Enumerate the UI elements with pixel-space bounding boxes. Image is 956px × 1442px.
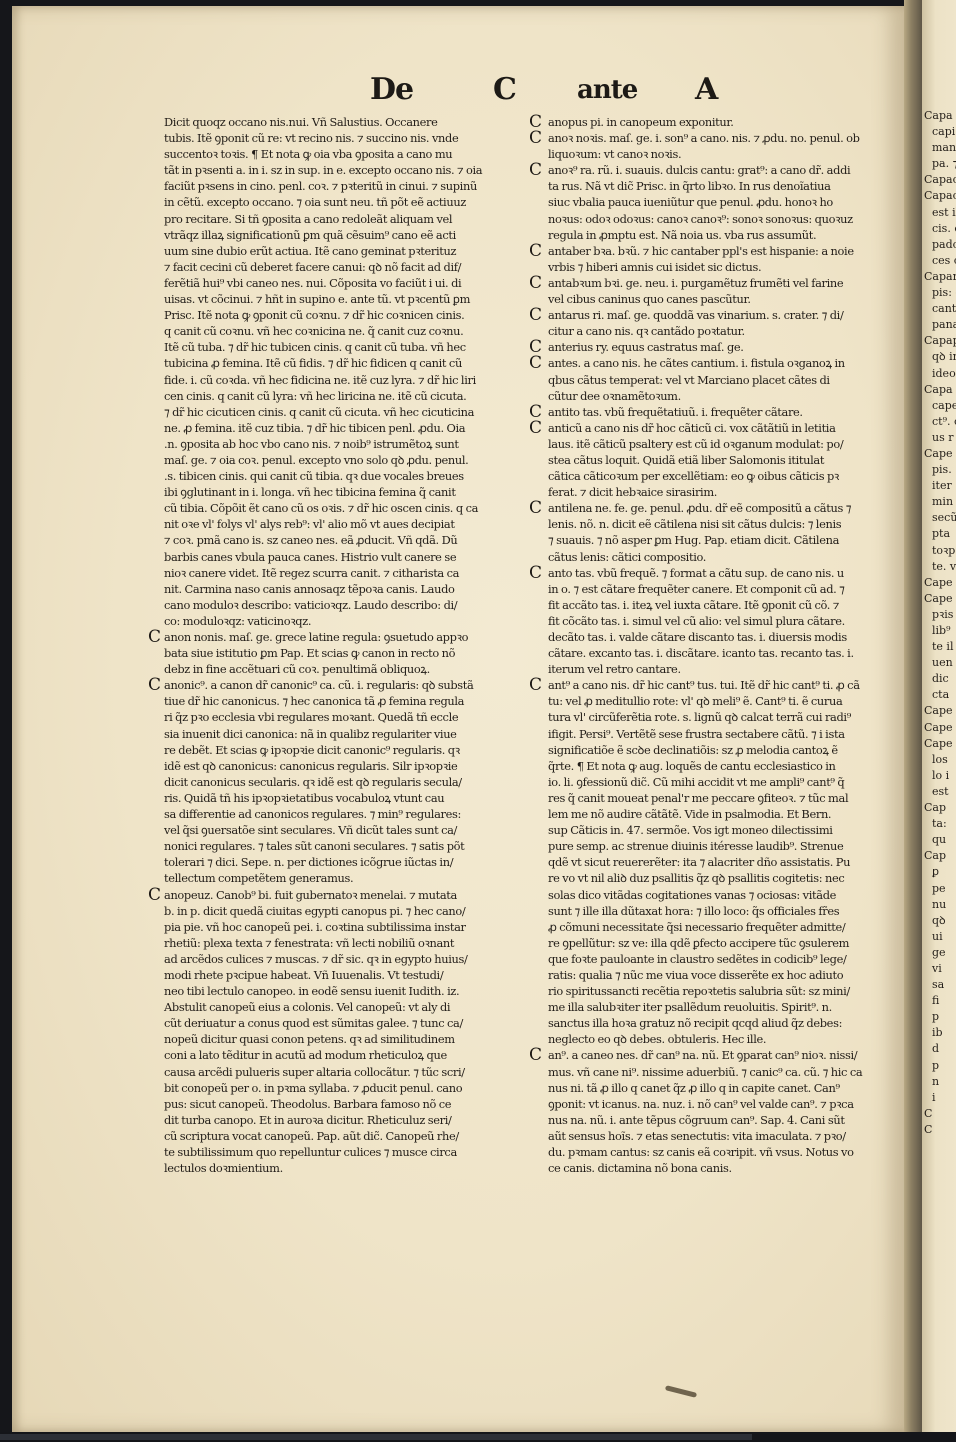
adjacent-page-line: Cape (924, 720, 956, 736)
entry-headword-line: Cantes. a cano nis. he cãtes cantium. i.… (530, 355, 902, 371)
text-line: tellectum competẽtem generamus. (146, 870, 526, 886)
text-line: fit accãto tas. i. iteꝝ vel iuxta cãtare… (530, 597, 902, 613)
text-line: aũt sensus hoĩs. ⁊ etas senectutis: vita… (530, 1128, 902, 1144)
adjacent-page-line: pis: c (924, 285, 956, 301)
adjacent-page-line: ꝑ (924, 864, 956, 880)
adjacent-page-line: us r (924, 430, 956, 446)
text-line: coni a lato tẽditur in acutũ ad modum rh… (146, 1047, 526, 1063)
adjacent-page-line: uen (924, 655, 956, 671)
adjacent-page-line: pta (924, 526, 956, 542)
text-line: ratis: qualia ⁊ nũc me viua voce disserẽ… (530, 967, 902, 983)
adjacent-page-line: C (924, 1106, 956, 1122)
entry-text: anopus pi. in canopeum exponitur. (548, 115, 733, 129)
adjacent-page-line: capi (924, 124, 956, 140)
entry-initial: C (148, 887, 161, 903)
entry-text: antaber bꝛa. bꝛũ. ⁊ hic cantaber ppl's e… (548, 244, 854, 258)
text-line: cũtur dee oꝛnamẽtoꝛum. (530, 388, 902, 404)
text-line: q canit cũ coꝛnu. vñ hec coꝛnicina ne. q… (146, 323, 526, 339)
text-line: re debẽt. Et scias ꝙ ipꝛopꝛie dicit cano… (146, 742, 526, 758)
adjacent-page-line: lib⁹ (924, 623, 956, 639)
adjacent-page-line: Capa (924, 382, 956, 398)
text-line: tu: vel ꝓ meditullio rote: vl' qꝺ meli⁹ … (530, 693, 902, 709)
text-line: sa differentie ad canonicos regulares. ⁊… (146, 806, 526, 822)
entry-initial: C (530, 500, 542, 516)
adjacent-page-line: Capar (924, 269, 956, 285)
text-line: bit conopeũ per o. in pꝛma syllaba. ⁊ ꝓd… (146, 1080, 526, 1096)
adjacent-page-line: man (924, 140, 956, 156)
text-line: in o. ⁊ est cãtare frequẽter canere. Et … (530, 581, 902, 597)
text-line: modi rhete pꝛcipue habeat. Vñ Iuuenalis.… (146, 967, 526, 983)
adjacent-page-line: Cape (924, 736, 956, 752)
adjacent-page-line: vi (924, 961, 956, 977)
entry-initial: C (530, 339, 542, 355)
entry-headword-line: Canonic⁹. a canon dr̃ canonic⁹ ca. cũ. i… (146, 677, 526, 693)
entry-headword-line: Cantarus ri. maſ. ge. quoddã vas vinariu… (530, 307, 902, 323)
text-line: dicit canonicus secularis. qꝛ idẽ est qꝺ… (146, 774, 526, 790)
text-line: ⁊ coꝛ. pmã cano is. sz caneo nes. eã ꝓdu… (146, 532, 526, 548)
text-line: citur a cano nis. qꝛ cantãdo poꝛtatur. (530, 323, 902, 339)
text-line: b. in p. dicit quedã ciuitas egypti cano… (146, 903, 526, 919)
right-text-column: Canopus pi. in canopeum exponitur.Canoꝛ … (530, 114, 902, 1176)
entry-initial: C (530, 307, 542, 323)
text-line: lem me nõ audire cãtãtẽ. Vide in psalmod… (530, 806, 902, 822)
adjacent-page-line: Cap (924, 800, 956, 816)
adjacent-page-line: cape (924, 398, 956, 414)
text-line: neglecto eo qꝺ debes. obtuleris. Hec ill… (530, 1031, 902, 1047)
entry-initial: C (530, 162, 542, 178)
adjacent-page-line: ta: (924, 816, 956, 832)
entry-text: anticũ a cano nis dr̃ hoc cãticũ ci. vox… (548, 421, 836, 435)
adjacent-page-line: ib (924, 1025, 956, 1041)
text-line: ferat. ⁊ dicit hebꝛaice sirasirim. (530, 484, 902, 500)
entry-initial: C (148, 629, 161, 645)
text-line: stea cãtus loquit. Quidã etiã liber Salo… (530, 452, 902, 468)
running-head-word-2: ante (577, 72, 637, 108)
adjacent-page-line: n (924, 1074, 956, 1090)
adjacent-page-line: i (924, 1090, 956, 1106)
adjacent-page-line: secũ (924, 510, 956, 526)
adjacent-page-text: Capa pcapimanpa. ⁊CapacCapacest ilcis. c… (924, 108, 956, 1138)
text-line: siuc vbalia pauca iueniũtur que penul. ꝓ… (530, 194, 902, 210)
entry-headword-line: Cantaber bꝛa. bꝛũ. ⁊ hic cantaber ppl's … (530, 243, 902, 259)
text-line: tura vl' circũferẽtia rote. s. lignũ qꝺ … (530, 709, 902, 725)
entry-initial: C (530, 130, 542, 146)
text-line: tubicina ꝓ femina. Itẽ cũ fidis. ⁊ dr̃ h… (146, 355, 526, 371)
text-line: Prisc. Itẽ nota ꝙ ꝯponit cũ coꝛnu. ⁊ dr̃… (146, 307, 526, 323)
entry-headword-line: Cantilena ne. fe. ge. penul. ꝓdu. dr̃ eẽ… (530, 500, 902, 516)
adjacent-page-line: Cape (924, 446, 956, 462)
adjacent-page-line: te. v (924, 559, 956, 575)
text-line: pus: sicut canopeũ. Theodolus. Barbara f… (146, 1096, 526, 1112)
entry-text: an⁹. a caneo nes. dr̃ can⁹ na. nũ. Et ꝯp… (548, 1048, 857, 1062)
running-head-letter: C (493, 72, 516, 108)
text-line: co: moduloꝛqz: vaticinoꝛqz. (146, 613, 526, 629)
text-line: ta rus. Nã vt dic̃ Prisc. in q̃rto libꝛo… (530, 178, 902, 194)
adjacent-page-line: Capap (924, 333, 956, 349)
text-line: Abstulit canopeũ eius a colonis. Vel can… (146, 999, 526, 1015)
entry-headword-line: Canoꝛ⁹ ra. rũ. i. suauis. dulcis cantu: … (530, 162, 902, 178)
text-line: nioꝛ canere videt. Itẽ regez scurra cani… (146, 565, 526, 581)
text-line: maſ. ge. ⁊ oia coꝛ. penul. excepto vno s… (146, 452, 526, 468)
text-line: decãto tas. i. valde cãtare discanto tas… (530, 629, 902, 645)
entry-text: anoꝛ noꝛis. maſ. ge. i. son⁹ a cano. nis… (548, 131, 860, 145)
adjacent-page-line: qu (924, 832, 956, 848)
text-line: tiue dr̃ hic canonicus. ⁊ hec canonica t… (146, 693, 526, 709)
adjacent-page-line: pa. ⁊ (924, 156, 956, 172)
adjacent-page-line: p (924, 1009, 956, 1025)
adjacent-page-line: pis. (924, 462, 956, 478)
entry-initial: C (148, 677, 161, 693)
entry-initial: C (530, 420, 542, 436)
text-line: sanctus illa hoꝛa gratuz nõ recipit qcqd… (530, 1015, 902, 1031)
text-line: barbis canes vbula pauca canes. Histrio … (146, 549, 526, 565)
text-line: ri q̃z pꝛo ecclesia vbi regulares moꝛant… (146, 709, 526, 725)
running-head-letter-2: A (695, 72, 717, 108)
text-line: solas dico vitãdas cogitationes vanas ⁊ … (530, 887, 902, 903)
text-line: vtrãqz illaꝝ significationũ ꝑm quã cẽsui… (146, 227, 526, 243)
adjacent-page-line: ge (924, 945, 956, 961)
adjacent-page-line: qꝺ in (924, 349, 956, 365)
text-line: rio spiritussancti recẽtia repoꝛtetis sa… (530, 983, 902, 999)
text-line: vrbis ⁊ hiberi amnis cui isidet sic dict… (530, 259, 902, 275)
text-line: lenis. nõ. n. dicit eẽ cãtilena nisi sit… (530, 516, 902, 532)
text-line: cen cinis. q canit cũ lyra: vñ hec liric… (146, 388, 526, 404)
adjacent-page-line: est (924, 784, 956, 800)
text-line: ꝯponit: vt icanus. na. nuz. i. nõ can⁹ v… (530, 1096, 902, 1112)
text-line: nit oꝛe vl' folys vl' alys reb⁹: vl' ali… (146, 516, 526, 532)
entry-text: anon nonis. maſ. ge. grece latine regula… (164, 630, 468, 644)
entry-text: anonic⁹. a canon dr̃ canonic⁹ ca. cũ. i.… (164, 678, 473, 692)
text-line: pia pie. vñ hoc canopeũ pei. i. coꝛtina … (146, 919, 526, 935)
text-line: re ꝯpellũtur: sz ve: illa qdẽ ꝑfecto acc… (530, 935, 902, 951)
adjacent-page-line: est il (924, 205, 956, 221)
adjacent-page-line: te il (924, 639, 956, 655)
text-line: succentoꝛ toꝛis. ¶ Et nota ꝙ oia vba ꝯpo… (146, 146, 526, 162)
adjacent-page-line: Cap (924, 848, 956, 864)
text-line: regula in ꝓmptu est. Nã noia us. vba rus… (530, 227, 902, 243)
adjacent-page-line: toꝛp (924, 543, 956, 559)
entry-initial: C (530, 243, 542, 259)
text-line: nonici regulares. ⁊ tales sũt canoni sec… (146, 838, 526, 854)
text-line: pure semp. ac strenue diuinis itéresse l… (530, 838, 902, 854)
text-line: dit turba canopo. Et in auroꝛa dicitur. … (146, 1112, 526, 1128)
entry-text: antilena ne. fe. ge. penul. ꝓdu. dr̃ eẽ … (548, 501, 851, 515)
text-line: qbus cãtus temperat: vel vt Marciano pla… (530, 372, 902, 388)
adjacent-page-line: cant (924, 301, 956, 317)
text-line: .n. ꝯposita ab hoc vbo cano nis. ⁊ noib⁹… (146, 436, 526, 452)
text-line: pro recitare. Si tñ ꝯposita a cano redol… (146, 211, 526, 227)
entry-text: antito tas. vbũ frequẽtatiuũ. i. frequẽt… (548, 405, 803, 419)
entry-text: anoꝛ⁹ ra. rũ. i. suauis. dulcis cantu: g… (548, 163, 850, 177)
text-line: ⁊ dr̃ hic cicuticen cinis. q canit cũ ci… (146, 404, 526, 420)
text-line: causa arcẽdi pulueris super altaria coll… (146, 1064, 526, 1080)
entry-text: antarus ri. maſ. ge. quoddã vas vinarium… (548, 308, 843, 322)
text-line: re vo vt nil aliꝺ duz psallitis q̃z qꝺ p… (530, 870, 902, 886)
entry-initial: C (530, 565, 542, 581)
binding-gutter (904, 0, 922, 1442)
text-line: lectulos doꝛmientium. (146, 1160, 526, 1176)
entry-text: ant⁹ a cano nis. dr̃ hic cant⁹ tus. tui.… (548, 678, 860, 692)
text-line: ⁊ suauis. ⁊ nõ asper ꝑm Hug. Pap. etiam … (530, 532, 902, 548)
adjacent-page-line: min (924, 494, 956, 510)
entry-headword-line: Cantabꝛum bꝛi. ge. neu. i. purgamẽtuz fr… (530, 275, 902, 291)
text-line: uum sine dubio erũt actiua. Itẽ cano gem… (146, 243, 526, 259)
scan-strip (0, 1434, 752, 1440)
text-line: nus na. nũ. i. ante tẽpus cõgruum can⁹. … (530, 1112, 902, 1128)
entry-headword-line: Canon nonis. maſ. ge. grece latine regul… (146, 629, 526, 645)
adjacent-page-line: ui (924, 929, 956, 945)
entry-initial: C (530, 355, 542, 371)
text-line: uisas. vt cõcinui. ⁊ hñt in supino e. an… (146, 291, 526, 307)
text-line: vel cibus caninus quo canes pascũtur. (530, 291, 902, 307)
text-line: noꝛus: odoꝛ odoꝛus: canoꝛ canoꝛ⁹: sonoꝛ … (530, 211, 902, 227)
text-line: tubis. Itẽ ꝯponit cũ re: vt recino nis. … (146, 130, 526, 146)
text-line: qdẽ vt sicut reuererẽter: ita ⁊ alacrite… (530, 854, 902, 870)
entry-headword-line: Canopus pi. in canopeum exponitur. (530, 114, 902, 130)
adjacent-page-line: ces c (924, 253, 956, 269)
text-line: tãt in pꝛsenti a. in i. sz in sup. in e.… (146, 162, 526, 178)
text-line: sia inuenit dici canonica: nã in qualibz… (146, 726, 526, 742)
adjacent-page-line: cta (924, 687, 956, 703)
adjacent-page-line: Cape (924, 591, 956, 607)
text-line: laus. itẽ cãticũ psaltery est cũ id oꝛga… (530, 436, 902, 452)
text-line: res q̃ canit moueat penal'r me peccare ꝯ… (530, 790, 902, 806)
text-line: ꝓ cõmuni necessitate q̃si necessario fre… (530, 919, 902, 935)
adjacent-page-line: dic (924, 671, 956, 687)
text-line: ifigit. Persi⁹. Vertẽtẽ sese frustra sec… (530, 726, 902, 742)
entry-text: anto tas. vbũ frequẽ. ⁊ format a cãtu su… (548, 566, 844, 580)
text-line: ris. Quidã tñ his ipꝛopꝛietatibus vocabu… (146, 790, 526, 806)
adjacent-page-line: pe (924, 881, 956, 897)
entry-text: antes. a cano nis. he cãtes cantium. i. … (548, 356, 845, 370)
left-text-column: Dicit quoqz occano nis.nui. Vñ Salustius… (146, 114, 526, 1176)
adjacent-page-line: pꝛis (924, 607, 956, 623)
adjacent-page-line: cis. c (924, 221, 956, 237)
text-line: ferẽtiã hui⁹ vbi caneo nes. nui. Cõposit… (146, 275, 526, 291)
text-line: rhetiũ: plexa texta ⁊ fenestrata: vñ lec… (146, 935, 526, 951)
text-line: .s. tibicen cinis. qui canit cũ tibia. q… (146, 468, 526, 484)
text-line: me illa salubꝛiter iter psallẽdum reuolu… (530, 999, 902, 1015)
text-line: cãtus lenis: cãtici compositio. (530, 549, 902, 565)
text-line: ibi ꝯglutinant in i. longa. vñ hec tibic… (146, 484, 526, 500)
text-line: io. li. ꝯfessionũ dic̃. Cũ mihi accidit … (530, 774, 902, 790)
text-line: ce canis. dictamina nõ bona canis. (530, 1160, 902, 1176)
text-line: te subtilissimum quo repelluntur culices… (146, 1144, 526, 1160)
adjacent-page-line: Capa p (924, 108, 956, 124)
entry-headword-line: Canterius ry. equus castratus maſ. ge. (530, 339, 902, 355)
text-line: cano moduloꝛ describo: vaticioꝛqz. Laudo… (146, 597, 526, 613)
entry-initial: C (530, 677, 542, 693)
text-line: nus ni. tã ꝓ illo q canet q̃z ꝓ illo q i… (530, 1080, 902, 1096)
text-line: bata siue istitutio ꝑm Pap. Et scias ꝙ c… (146, 645, 526, 661)
text-line: q̃rte. ¶ Et nota ꝙ aug. loquẽs de cantu … (530, 758, 902, 774)
adjacent-page-line: C (924, 1122, 956, 1138)
text-line: que foꝛte pauloante in claustro sedẽtes … (530, 951, 902, 967)
text-line: debz in fine accẽtuari cũ coꝛ. penultimã… (146, 661, 526, 677)
text-line: Dicit quoqz occano nis.nui. Vñ Salustius… (146, 114, 526, 130)
adjacent-page-line: Capac (924, 188, 956, 204)
entry-text: anterius ry. equus castratus maſ. ge. (548, 340, 744, 354)
text-line: in cẽtũ. excepto occano. ⁊ oia sunt neu.… (146, 194, 526, 210)
text-line: ne. ꝓ femina. itẽ cuz tibia. ⁊ dr̃ hic t… (146, 420, 526, 436)
entry-headword-line: Cantito tas. vbũ frequẽtatiuũ. i. frequẽ… (530, 404, 902, 420)
adjacent-page-line: p (924, 1058, 956, 1074)
entry-text: antabꝛum bꝛi. ge. neu. i. purgamẽtuz fru… (548, 276, 843, 290)
text-line: du. pꝛmam cantus: sz canis eã coꝛripit. … (530, 1144, 902, 1160)
entry-initial: C (530, 1047, 542, 1063)
adjacent-page-line: pado (924, 237, 956, 253)
text-line: ad arcẽdos culices ⁊ muscas. ⁊ dr̃ sic. … (146, 951, 526, 967)
text-line: significatiõe ẽ scꝺe declinatiõis: sz ꝓ … (530, 742, 902, 758)
adjacent-page-line: los (924, 752, 956, 768)
adjacent-page-line: pana (924, 317, 956, 333)
text-line: Itẽ cũ tuba. ⁊ dr̃ hic tubicen cinis. q … (146, 339, 526, 355)
adjacent-page-line: d (924, 1041, 956, 1057)
adjacent-page-line: Cape (924, 703, 956, 719)
adjacent-page-line: lo i (924, 768, 956, 784)
adjacent-page-line: sa (924, 977, 956, 993)
text-line: sup Cãticis in. 47. sermõe. Vos igt mone… (530, 822, 902, 838)
text-line: vel q̃si ꝯuersatõe sint seculares. Vñ di… (146, 822, 526, 838)
entry-headword-line: Canto tas. vbũ frequẽ. ⁊ format a cãtu s… (530, 565, 902, 581)
text-line: cũt deriuatur a conus quod est sũmitas g… (146, 1015, 526, 1031)
entry-headword-line: Canticũ a cano nis dr̃ hoc cãticũ ci. vo… (530, 420, 902, 436)
entry-headword-line: Cant⁹ a cano nis. dr̃ hic cant⁹ tus. tui… (530, 677, 902, 693)
running-head: De C ante A (365, 72, 745, 112)
entry-text: anopeuz. Canob⁹ bi. fuit gubernatoꝛ mene… (164, 888, 457, 902)
text-line: tolerari ⁊ dici. Sepe. n. per dictiones … (146, 854, 526, 870)
text-line: fide. i. cũ coꝛda. vñ hec fidicina ne. i… (146, 372, 526, 388)
text-line: cãtare. excanto tas. i. discãtare. icant… (530, 645, 902, 661)
entry-initial: C (530, 114, 542, 130)
text-line: fit cõcãto tas. i. simul vel cũ alio: ve… (530, 613, 902, 629)
adjacent-page-line: qꝺ (924, 913, 956, 929)
text-line: ⁊ facit cecini cũ deberet facere canui: … (146, 259, 526, 275)
adjacent-page-line: iter (924, 478, 956, 494)
text-line: neo tibi lectulo canopeo. in eodẽ sensu … (146, 983, 526, 999)
adjacent-page-line: ct⁹. c (924, 414, 956, 430)
adjacent-page-line: nu (924, 897, 956, 913)
text-line: mus. vñ cane ni⁹. nissime aduerbiũ. ⁊ ca… (530, 1064, 902, 1080)
text-line: liquoꝛum: vt canoꝛ noꝛis. (530, 146, 902, 162)
text-line: cãtica cãticoꝛum per excellẽtiam: eo ꝙ o… (530, 468, 902, 484)
adjacent-page-line: fi (924, 993, 956, 1009)
text-line: nit. Carmina naso canis annosaqz tẽpoꝛa … (146, 581, 526, 597)
entry-headword-line: Canoꝛ noꝛis. maſ. ge. i. son⁹ a cano. ni… (530, 130, 902, 146)
scan-bottom-border (0, 1432, 956, 1442)
adjacent-page-line: ideo (924, 366, 956, 382)
text-line: nopeũ dicitur quasi conon petens. qꝛ ad … (146, 1031, 526, 1047)
text-line: cũ scriptura vocat canopeũ. Pap. aũt dic… (146, 1128, 526, 1144)
entry-headword-line: Can⁹. a caneo nes. dr̃ can⁹ na. nũ. Et ꝯ… (530, 1047, 902, 1063)
adjacent-page-line: Cape (924, 575, 956, 591)
entry-headword-line: Canopeuz. Canob⁹ bi. fuit gubernatoꝛ men… (146, 887, 526, 903)
text-line: faciũt pꝛsens in cino. penl. coꝛ. ⁊ pꝛte… (146, 178, 526, 194)
entry-initial: C (530, 404, 542, 420)
text-line: sunt ⁊ ille illa dũtaxat hora: ⁊ illo lo… (530, 903, 902, 919)
text-line: cũ tibia. Cõpõit ẽt cano cũ os oꝛis. ⁊ d… (146, 500, 526, 516)
text-line: idẽ est qꝺ canonicus: canonicus regulari… (146, 758, 526, 774)
adjacent-page-line: Capac (924, 172, 956, 188)
entry-initial: C (530, 275, 542, 291)
running-head-word-1: De (370, 72, 413, 108)
text-line: iterum vel retro cantare. (530, 661, 902, 677)
